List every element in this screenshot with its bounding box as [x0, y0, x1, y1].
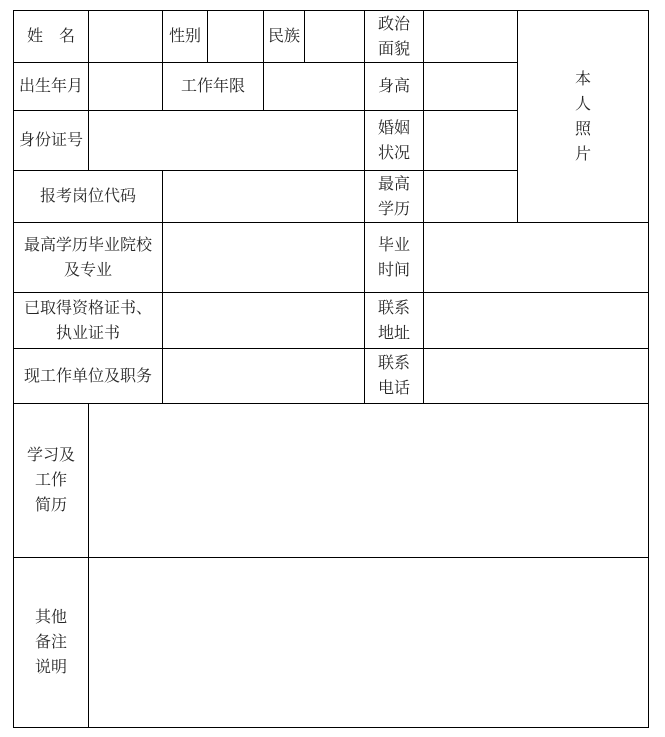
contact-address-label: 联系 地址 [365, 293, 424, 349]
table-row: 学习及 工作 简历 [14, 404, 649, 558]
height-value-cell[interactable] [424, 63, 518, 111]
application-form-table: 姓 名 性别 民族 政治 面貌 本 人 照 片 出生年月 工作年限 身高 身份证… [13, 10, 649, 728]
other-remarks-label: 其他 备注 说明 [14, 558, 89, 728]
other-remarks-value-cell[interactable] [89, 558, 649, 728]
form-sheet: 姓 名 性别 民族 政治 面貌 本 人 照 片 出生年月 工作年限 身高 身份证… [0, 0, 665, 728]
table-row: 已取得资格证书、 执业证书 联系 地址 [14, 293, 649, 349]
graduation-school-major-value-cell[interactable] [163, 223, 365, 293]
contact-phone-label: 联系 电话 [365, 349, 424, 404]
graduation-school-major-label: 最高学历毕业院校 及专业 [14, 223, 163, 293]
work-years-value-cell[interactable] [264, 63, 365, 111]
resume-label: 学习及 工作 简历 [14, 404, 89, 558]
resume-value-cell[interactable] [89, 404, 649, 558]
certificates-value-cell[interactable] [163, 293, 365, 349]
political-status-label: 政治 面貌 [365, 11, 424, 63]
political-status-value-cell[interactable] [424, 11, 518, 63]
contact-address-value-cell[interactable] [424, 293, 649, 349]
position-code-label: 报考岗位代码 [14, 171, 163, 223]
id-number-label: 身份证号 [14, 111, 89, 171]
marital-status-label: 婚姻 状况 [365, 111, 424, 171]
ethnicity-value-cell[interactable] [305, 11, 365, 63]
birth-date-value-cell[interactable] [89, 63, 163, 111]
table-row: 现工作单位及职务 联系 电话 [14, 349, 649, 404]
birth-date-label: 出生年月 [14, 63, 89, 111]
work-years-label: 工作年限 [163, 63, 264, 111]
id-number-value-cell[interactable] [89, 111, 365, 171]
marital-status-value-cell[interactable] [424, 111, 518, 171]
highest-education-label: 最高 学历 [365, 171, 424, 223]
gender-value-cell[interactable] [208, 11, 264, 63]
height-label: 身高 [365, 63, 424, 111]
name-label: 姓 名 [14, 11, 89, 63]
name-value-cell[interactable] [89, 11, 163, 63]
certificates-label: 已取得资格证书、 执业证书 [14, 293, 163, 349]
table-row: 其他 备注 说明 [14, 558, 649, 728]
photo-placeholder-cell: 本 人 照 片 [518, 11, 649, 223]
position-code-value-cell[interactable] [163, 171, 365, 223]
contact-phone-value-cell[interactable] [424, 349, 649, 404]
ethnicity-label: 民族 [264, 11, 305, 63]
current-employer-value-cell[interactable] [163, 349, 365, 404]
highest-education-value-cell[interactable] [424, 171, 518, 223]
graduation-date-label: 毕业 时间 [365, 223, 424, 293]
gender-label: 性别 [163, 11, 208, 63]
graduation-date-value-cell[interactable] [424, 223, 649, 293]
table-row: 最高学历毕业院校 及专业 毕业 时间 [14, 223, 649, 293]
current-employer-label: 现工作单位及职务 [14, 349, 163, 404]
table-row: 姓 名 性别 民族 政治 面貌 本 人 照 片 [14, 11, 649, 63]
